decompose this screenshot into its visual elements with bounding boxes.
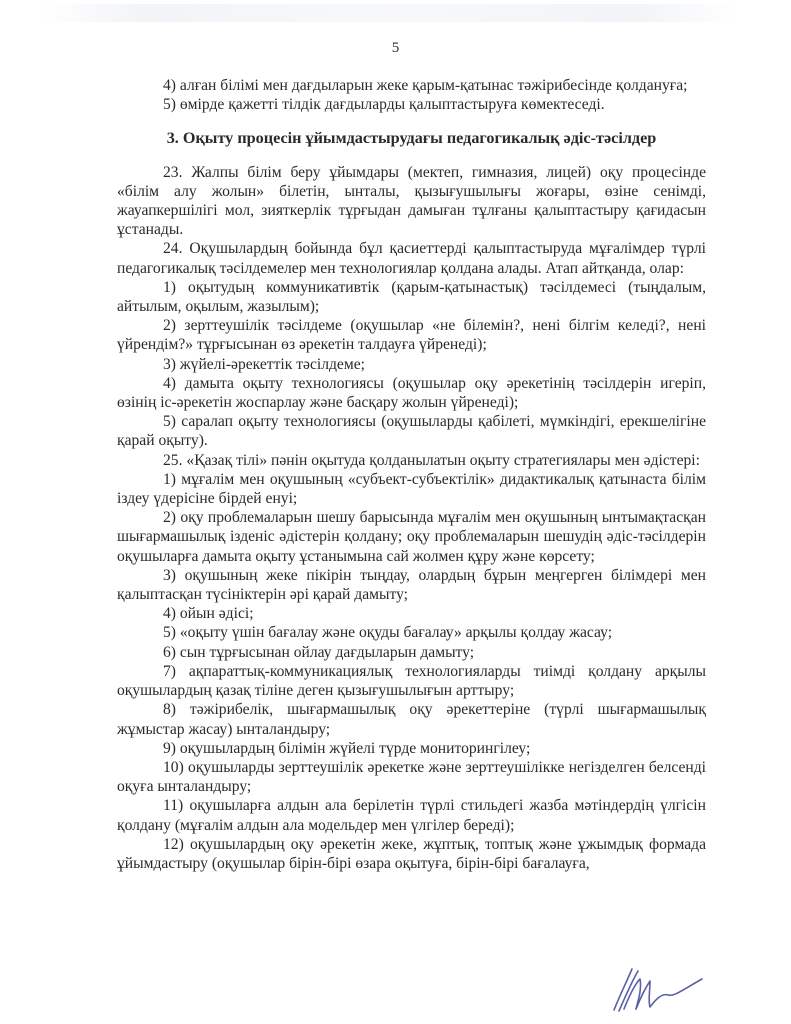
p24-item-3: 3) жүйелі-әрекеттік тәсілдеме;	[117, 355, 706, 374]
p25-item-7: 7) ақпараттық-коммуникациялық технология…	[117, 662, 706, 700]
intro-item-4: 4) алған білімі мен дағдыларын жеке қары…	[117, 76, 706, 95]
paragraph-24: 24. Оқушылардың бойында бұл қасиеттерді …	[117, 239, 706, 277]
p25-item-9: 9) оқушылардың білімін жүйелі түрде мони…	[117, 739, 706, 758]
p25-item-5: 5) «оқыту үшін бағалау және оқуды бағала…	[117, 623, 706, 642]
p24-item-5: 5) саралап оқыту технологиясы (оқушылард…	[117, 412, 706, 450]
p25-item-2: 2) оқу проблемаларын шешу барысында мұға…	[117, 508, 706, 566]
p24-item-1: 1) оқытудың коммуникативтік (қарым-қатын…	[117, 278, 706, 316]
page-number: 5	[0, 40, 791, 57]
paragraph-23: 23. Жалпы білім беру ұйымдары (мектеп, г…	[117, 163, 706, 240]
p25-item-3: 3) оқушының жеке пікірін тыңдау, олардың…	[117, 566, 706, 604]
p25-item-12: 12) оқушылардың оқу әрекетін жеке, жұпты…	[117, 835, 706, 873]
intro-item-5: 5) өмірде қажетті тілдік дағдыларды қалы…	[117, 95, 706, 114]
p24-item-4: 4) дамыта оқыту технологиясы (оқушылар о…	[117, 374, 706, 412]
scan-bleed-through	[40, 4, 740, 22]
p25-item-4: 4) ойын әдісі;	[117, 604, 706, 623]
p24-item-2: 2) зерттеушілік тәсілдеме (оқушылар «не …	[117, 316, 706, 354]
section-heading: 3. Оқыту процесін ұйымдастырудағы педаго…	[117, 129, 706, 148]
p25-item-11: 11) оқушыларға алдын ала берілетін түрлі…	[117, 796, 706, 834]
p25-item-10: 10) оқушыларды зерттеушілік әрекетке жән…	[117, 758, 706, 796]
p25-item-1: 1) мұғалім мен оқушының «субъект-субъект…	[117, 470, 706, 508]
signature-mark	[610, 965, 710, 1020]
paragraph-25: 25. «Қазақ тілі» пәнін оқытуда қолданыла…	[117, 451, 706, 470]
document-body: 4) алған білімі мен дағдыларын жеке қары…	[117, 76, 706, 873]
p25-item-8: 8) тәжірибелік, шығармашылық оқу әрекетт…	[117, 700, 706, 738]
p25-item-6: 6) сын тұрғысынан ойлау дағдыларын дамыт…	[117, 643, 706, 662]
signature-icon	[610, 965, 710, 1020]
